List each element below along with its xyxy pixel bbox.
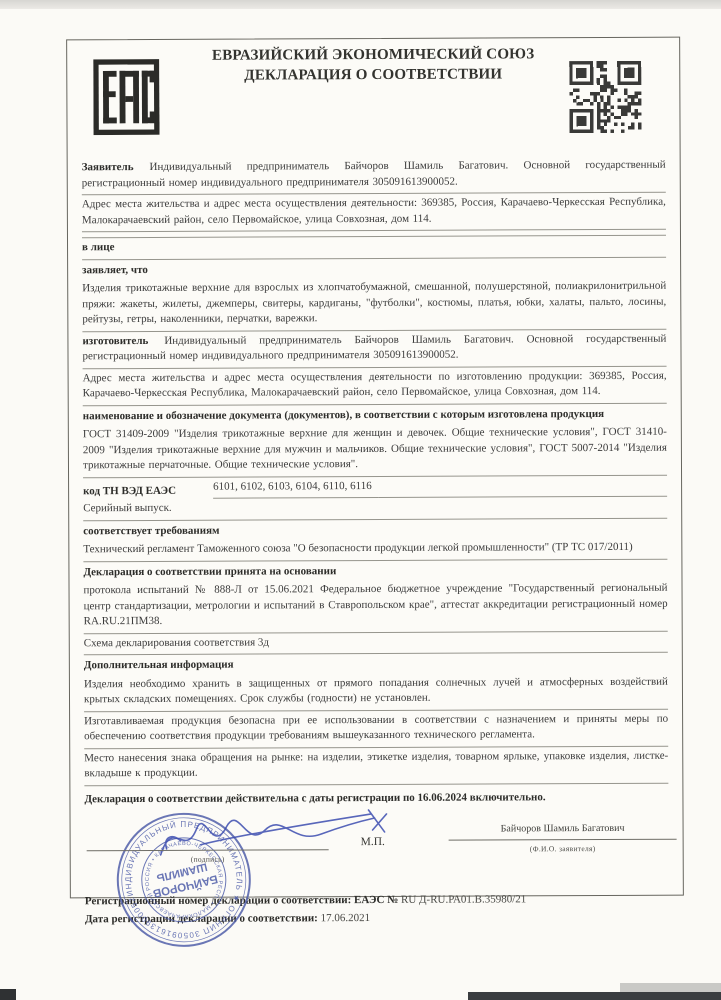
in-person-label: в лице [82, 240, 114, 256]
tnved-codes: 6101, 6102, 6103, 6104, 6110, 6116 [213, 478, 378, 498]
declaration-document: ЕВРАЗИЙСКИЙ ЭКОНОМИЧЕСКИЙ СОЮЗ ДЕКЛАРАЦИ… [66, 37, 684, 899]
signature-caption: (подпись) [87, 851, 329, 868]
serial-release: Серийный выпуск. [83, 497, 667, 521]
basis-label-row: Декларация о соответствии принята на осн… [83, 559, 667, 581]
scan-artifact-bottom-right [468, 992, 721, 1000]
manufacturer-text: Индивидуальный предприниматель Байчоров … [82, 332, 666, 362]
technical-regulation: Технический регламент Таможенного союза … [83, 538, 667, 562]
scanner-edge-top [0, 0, 721, 9]
storage-conditions: Изделия необходимо хранить в защищенных … [84, 672, 668, 712]
mark-placement: Место нанесения знака обращения на рынке… [84, 746, 668, 786]
document-body: ЗаявительИндивидуальный предприниматель … [68, 156, 683, 929]
applicant-fio: Байчоров Шамиль Багатович [449, 821, 677, 840]
applicant-text: Индивидуальный предприниматель Байчоров … [82, 159, 666, 189]
fio-caption: (Ф.И.О. заявителя) [449, 839, 677, 856]
in-person-row: в лице [82, 236, 666, 260]
additional-info-label-row: Дополнительная информация [84, 653, 668, 675]
registration-date: 17.06.2021 [321, 912, 371, 924]
manufacturer-address: Адрес места жительства и адрес места осу… [83, 366, 667, 406]
test-protocol: протокола испытаний № 888-Л от 15.06.202… [83, 579, 667, 634]
safety-statement: Изготавливаемая продукция безопасна при … [84, 709, 668, 749]
applicant-section: ЗаявительИндивидуальный предприниматель … [82, 156, 666, 196]
applicant-fio-block: Байчоров Шамиль Багатович (Ф.И.О. заявит… [449, 821, 677, 857]
manufacturer-label: изготовитель [82, 334, 148, 346]
scan-artifact-bottom-left [0, 989, 16, 1000]
applicant-address: Адрес места жительства и адрес места осу… [82, 193, 666, 233]
signature-block: ИНДИВИДУАЛЬНЫЙ ПРЕДПРИНИМАТЕЛЬ ★ ОГРНИП … [84, 809, 668, 894]
tnved-code-row: код ТН ВЭД ЕАЭС 6101, 6102, 6103, 6104, … [83, 475, 667, 499]
docs-label-row: наименование и обозначение документа (до… [83, 403, 667, 425]
product-description: Изделия трикотажные верхние для взрослых… [82, 277, 666, 332]
manufacturer-section: изготовительИндивидуальный предпринимате… [82, 329, 666, 369]
declaration-scheme: Схема декларирования соответствия 3д [84, 631, 668, 655]
gost-documents: ГОСТ 31409-2009 "Изделия трикотажные вер… [83, 423, 667, 478]
registration-number: RU Д-RU.РА01.В.35980/21 [401, 893, 526, 906]
tnved-label: код ТН ВЭД ЕАЭС [83, 483, 213, 499]
applicant-label: Заявитель [82, 161, 134, 173]
document-header: ЕВРАЗИЙСКИЙ ЭКОНОМИЧЕСКИЙ СОЮЗ ДЕКЛАРАЦИ… [67, 38, 680, 159]
qr-code [569, 61, 641, 133]
declares-label-row: заявляет, что [82, 257, 666, 279]
stamp-place-label: М.П. [361, 835, 385, 851]
tnved-underline [378, 482, 667, 498]
complies-label-row: соответствует требованиям [83, 518, 667, 540]
